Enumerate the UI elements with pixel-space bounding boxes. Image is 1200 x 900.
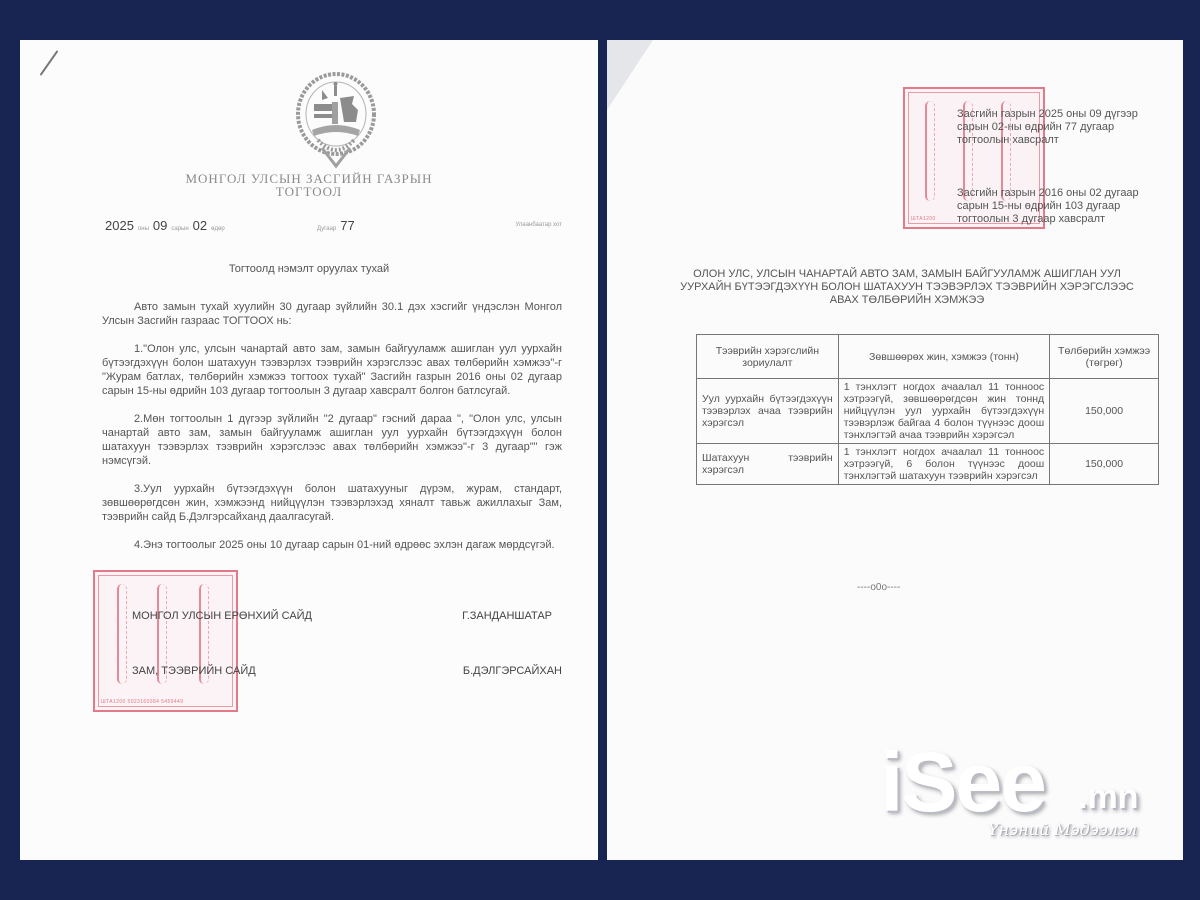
fee-table-title: ОЛОН УЛС, УЛСЫН ЧАНАРТАЙ АВТО ЗАМ, ЗАМЫН… bbox=[677, 268, 1137, 307]
column-header-weight: Зөвшөөрөх жин, хэмжээ (тонн) bbox=[838, 335, 1049, 379]
cell-purpose: Шатахуун тээврийн хэрэгсэл bbox=[697, 444, 839, 485]
resolution-dateline: 2025оны09сарын02өдөр Дугаар77 Улаанбаата… bbox=[20, 218, 598, 234]
table-row: Уул уурхайн бүтээгдэхүүн тээвэрлэх ачаа … bbox=[697, 379, 1159, 444]
appendix-note-2025: Засгийн газрын 2025 оны 09 дүгээр сарын … bbox=[957, 108, 1167, 147]
date-year: 2025 bbox=[105, 218, 134, 233]
government-title: МОНГОЛ УЛСЫН ЗАСГИЙН ГАЗРЫН ТОГТООЛ bbox=[20, 172, 598, 198]
signatory-name: Б.ДЭЛГЭРСАЙХАН bbox=[463, 665, 562, 677]
date-day-label: өдөр bbox=[211, 226, 225, 232]
isee-watermark-logo: iSee .mn Үнэний Мэдээлэл bbox=[880, 742, 1170, 852]
paragraph-3: 3.Уул уурхайн бүтээгдэхүүн болон шатахуу… bbox=[102, 482, 562, 524]
signature-transport-minister: ЗАМ, ТЭЭВРИЙН САЙД Б.ДЭЛГЭРСАЙХАН bbox=[132, 665, 552, 677]
mongol-script-column bbox=[925, 101, 935, 201]
date-month-label: сарын bbox=[171, 226, 188, 232]
resolution-page-1: МОНГОЛ УЛСЫН ЗАСГИЙН ГАЗРЫН ТОГТООЛ 2025… bbox=[20, 40, 598, 860]
table-row: Шатахуун тээврийн хэрэгсэл 1 тэнхлэгт но… bbox=[697, 444, 1159, 485]
cell-fee: 150,000 bbox=[1050, 379, 1159, 444]
resolution-number: Дугаар77 bbox=[313, 218, 355, 233]
stamp-code: ШТА1200 5023160384 5459449 bbox=[101, 699, 230, 705]
document-end-mark: ----o0o---- bbox=[857, 582, 900, 593]
column-header-purpose: Тээврийн хэрэгслийн зориулалт bbox=[697, 335, 839, 379]
logo-tagline: Үнэний Мэдээлэл bbox=[988, 820, 1137, 839]
signatory-name: Г.ЗАНДАНШАТАР bbox=[462, 610, 552, 622]
page-corner-fold bbox=[607, 40, 653, 110]
mongol-script-column bbox=[117, 584, 127, 684]
resolution-date: 2025оны09сарын02өдөр bbox=[105, 218, 229, 233]
pen-mark bbox=[40, 50, 59, 76]
paragraph-preamble: Авто замын тухай хуулийн 30 дугаар зүйли… bbox=[102, 300, 562, 328]
logo-brand: iSee bbox=[880, 734, 1045, 831]
date-month: 09 bbox=[153, 218, 167, 233]
paragraph-4: 4.Энэ тогтоолыг 2025 оны 10 дугаар сарын… bbox=[102, 538, 562, 552]
fee-table: Тээврийн хэрэгслийн зориулалт Зөвшөөрөх … bbox=[696, 334, 1159, 485]
number-value: 77 bbox=[340, 218, 354, 233]
logo-tld: .mn bbox=[1078, 778, 1138, 817]
paragraph-2: 2.Мөн тогтоолын 1 дүгээр зүйлийн "2 дуга… bbox=[102, 412, 562, 468]
city-label: Улаанбаатар хот bbox=[515, 222, 562, 228]
official-seal-stamp: ШТА1200 5023160384 5459449 bbox=[93, 570, 238, 712]
signatory-title: МОНГОЛ УЛСЫН ЕРӨНХИЙ САЙД bbox=[132, 610, 312, 622]
cell-weight: 1 тэнхлэгт ногдох ачаалал 11 тонноос хэт… bbox=[838, 379, 1049, 444]
state-emblem-icon bbox=[292, 70, 380, 170]
resolution-body: Авто замын тухай хуулийн 30 дугаар зүйли… bbox=[102, 300, 562, 552]
signature-prime-minister: МОНГОЛ УЛСЫН ЕРӨНХИЙ САЙД Г.ЗАНДАНШАТАР bbox=[132, 610, 552, 622]
column-header-fee: Төлбөрийн хэмжээ (төгрөг) bbox=[1050, 335, 1159, 379]
government-title-line-2: ТОГТООЛ bbox=[20, 185, 598, 198]
signatory-title: ЗАМ, ТЭЭВРИЙН САЙД bbox=[132, 665, 256, 677]
resolution-subject: Тогтоолд нэмэлт оруулах тухай bbox=[20, 263, 598, 275]
cell-purpose: Уул уурхайн бүтээгдэхүүн тээвэрлэх ачаа … bbox=[697, 379, 839, 444]
cell-weight: 1 тэнхлэгт ногдох ачаалал 11 тонноос хэт… bbox=[838, 444, 1049, 485]
paragraph-1: 1."Олон улс, улсын чанартай авто зам, за… bbox=[102, 342, 562, 398]
number-label: Дугаар bbox=[317, 226, 336, 232]
cell-fee: 150,000 bbox=[1050, 444, 1159, 485]
appendix-note-2016: Засгийн газрын 2016 оны 02 дугаар сарын … bbox=[957, 187, 1167, 226]
table-header-row: Тээврийн хэрэгслийн зориулалт Зөвшөөрөх … bbox=[697, 335, 1159, 379]
date-year-label: оны bbox=[138, 226, 149, 232]
date-day: 02 bbox=[193, 218, 207, 233]
